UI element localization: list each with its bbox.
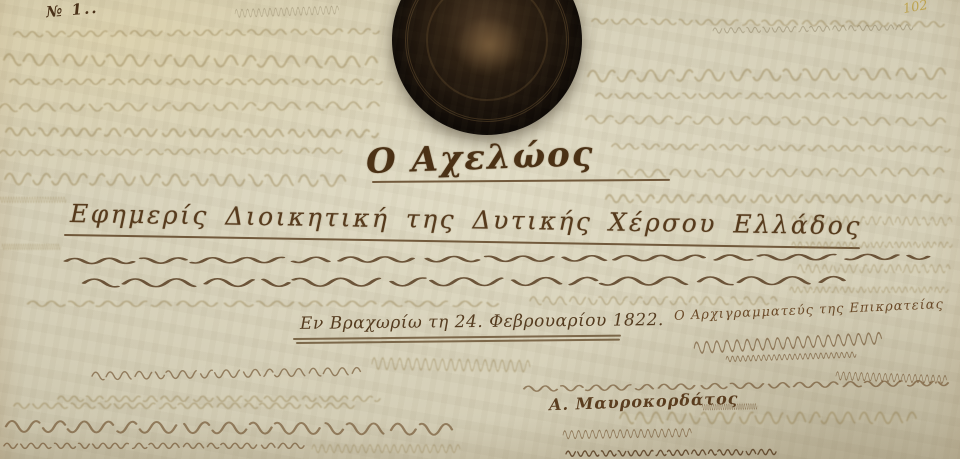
bleedthrough-line bbox=[606, 189, 950, 206]
handwriting-line bbox=[4, 439, 304, 451]
bleedthrough-line bbox=[4, 49, 382, 69]
seal-emblem-highlight bbox=[455, 17, 523, 74]
bleedthrough-line bbox=[28, 297, 498, 309]
handwriting-line bbox=[6, 415, 458, 435]
bleedthrough-line bbox=[372, 353, 532, 373]
bleedthrough-line bbox=[5, 168, 350, 187]
handwriting-line bbox=[92, 364, 364, 381]
bleedthrough-line bbox=[618, 164, 948, 178]
bleedthrough-line bbox=[0, 98, 384, 112]
bleedthrough-line bbox=[14, 399, 354, 411]
bleedthrough-line bbox=[588, 63, 950, 83]
bleedthrough-line bbox=[792, 238, 952, 250]
page-title: Ο Αχελώος bbox=[365, 134, 595, 182]
handwriting-line bbox=[563, 425, 693, 439]
bleedthrough-line bbox=[6, 122, 378, 141]
bleedthrough-line bbox=[592, 14, 944, 29]
manuscript-page: № 1.. 102 Ο Αχελώος Εφημερίς Διοικητική … bbox=[0, 0, 960, 459]
archive-page-number: 102 bbox=[902, 0, 929, 17]
bleedthrough-line bbox=[0, 193, 66, 205]
bleedthrough-line bbox=[798, 261, 952, 273]
pencil-note-line bbox=[235, 2, 340, 18]
document-number: № 1.. bbox=[45, 0, 99, 21]
bleedthrough-line bbox=[620, 407, 920, 424]
bleedthrough-line bbox=[586, 112, 950, 127]
bleedthrough-line bbox=[10, 75, 382, 87]
wax-seal-icon bbox=[392, 0, 582, 135]
bleedthrough-line bbox=[612, 140, 950, 155]
handwriting-line bbox=[84, 273, 854, 288]
bleedthrough-line bbox=[596, 89, 946, 101]
bleedthrough-line bbox=[14, 24, 379, 39]
bleedthrough-line bbox=[0, 144, 342, 158]
bleedthrough-line bbox=[312, 441, 462, 453]
bleedthrough-line bbox=[2, 240, 60, 252]
bleedthrough-line bbox=[790, 283, 948, 295]
dateline: Εν Βραχωρίω τη 24. Φεβρουαρίου 1822. bbox=[300, 310, 664, 334]
bleedthrough-line bbox=[530, 293, 780, 305]
dateline-underline-bottom bbox=[296, 339, 620, 344]
handwriting-line bbox=[566, 445, 776, 459]
